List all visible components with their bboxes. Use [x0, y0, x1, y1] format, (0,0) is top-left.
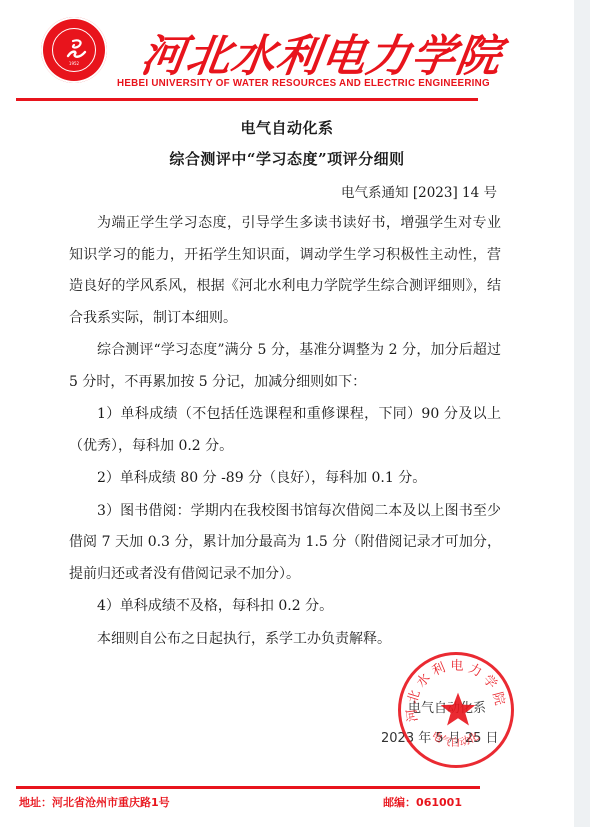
- paragraph-scoring: 综合测评“学习态度”满分 5 分，基准分调整为 2 分，加分后超过 5 分时，不…: [69, 335, 501, 398]
- page-edge-strip: [574, 0, 590, 827]
- document-body: 为端正学生学习态度，引导学生多读书读好书，增强学生对专业知识学习的能力，开拓学生…: [69, 208, 501, 655]
- footer-divider: [16, 786, 480, 789]
- university-name-cn: 河北水利电力学院: [138, 20, 477, 84]
- paragraph-effective: 本细则自公布之日起执行，系学工办负责解释。: [69, 624, 501, 656]
- paragraph-intro: 为端正学生学习态度，引导学生多读书读好书，增强学生对专业知识学习的能力，开拓学生…: [69, 208, 501, 334]
- university-logo-icon: 1952: [41, 17, 107, 83]
- official-seal: 河 北 水 利 电 力 学 院 电气自动化系: [398, 652, 514, 768]
- rule-item-2: 2）单科成绩 80 分 -89 分（良好），每科加 0.1 分。: [69, 463, 501, 495]
- notice-number: 电气系通知 [2023] 14 号: [341, 181, 497, 201]
- document-page: 1952 河北水利电力学院 HEBEI UNIVERSITY OF WATER …: [0, 0, 574, 827]
- swirl-emblem-icon: [65, 38, 87, 62]
- department-heading: 电气自动化系: [0, 117, 574, 138]
- header-divider: [16, 98, 478, 101]
- logo-year: 1952: [53, 61, 95, 66]
- rule-item-4: 4）单科成绩不及格，每科扣 0.2 分。: [69, 591, 501, 623]
- footer-postcode: 邮编：061001: [383, 794, 462, 810]
- star-icon: [439, 691, 477, 729]
- university-name-en: HEBEI UNIVERSITY OF WATER RESOURCES AND …: [117, 78, 490, 89]
- document-title: 综合测评中“学习态度”项评分细则: [0, 148, 574, 169]
- rule-item-1: 1）单科成绩（不包括任选课程和重修课程，下同）90 分及以上（优秀），每科加 0…: [69, 399, 501, 462]
- footer-address: 地址：河北省沧州市重庆路1号: [19, 794, 170, 810]
- rule-item-3: 3）图书借阅：学期内在我校图书馆每次借阅二本及以上图书至少借阅 7 天加 0.3…: [69, 496, 501, 591]
